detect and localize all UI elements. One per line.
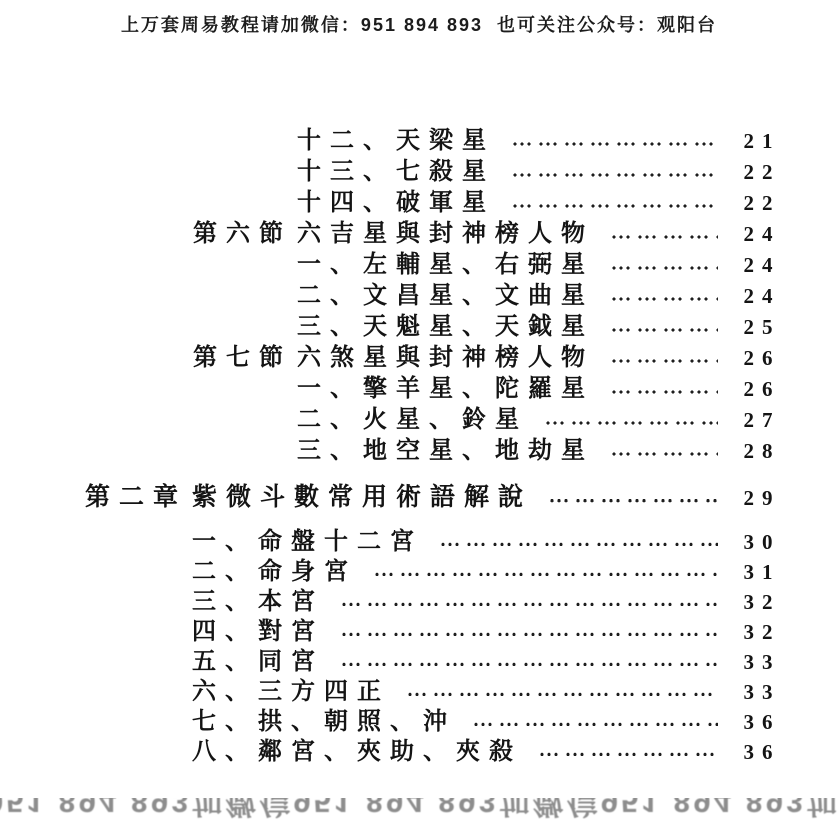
toc-row-label: 第二章 — [85, 481, 192, 515]
toc-page-number: 21 — [720, 126, 798, 157]
toc-row: 一、左輔星、右弼星 24 — [0, 250, 838, 281]
toc-row-title: 十四、破軍星 — [297, 188, 495, 219]
toc-row: 一、擎羊星、陀羅星 26 — [0, 374, 838, 405]
toc-row: 第七節 六煞星與封神榜人物 26 — [0, 343, 838, 374]
footer-watermark-band: 951 894 893加微信951 894 893加微信951 894 893加… — [0, 798, 838, 824]
toc-page-number: 24 — [720, 250, 798, 281]
toc-dot-leader — [439, 527, 718, 557]
toc-row-title: 六、三方四正 — [192, 677, 390, 707]
toc-dot-leader — [610, 219, 718, 250]
toc-row-label: 第六節 — [193, 219, 297, 250]
toc-row-title: 二、火星、鈴星 — [297, 405, 528, 436]
toc-dot-leader — [472, 707, 718, 737]
toc-dot-leader — [544, 405, 718, 436]
toc-page-number: 25 — [720, 312, 798, 343]
toc-page-number: 22 — [720, 188, 798, 219]
toc-dot-leader — [610, 250, 718, 281]
toc-dot-leader — [511, 157, 718, 188]
toc-page-number: 33 — [720, 647, 798, 677]
toc-row: 五、同宮 33 — [0, 647, 838, 677]
toc-dot-leader — [406, 677, 718, 707]
toc-row: 十三、七殺星 22 — [0, 157, 838, 188]
toc-page-number: 29 — [720, 481, 798, 515]
toc-dot-leader — [538, 737, 718, 767]
toc-page-number: 36 — [720, 707, 798, 737]
toc-row-title: 十二、天梁星 — [297, 126, 495, 157]
table-of-contents: 十二、天梁星 21 十三、七殺星 22 十四、破軍星 22 第六節 六吉星與封神… — [0, 126, 838, 767]
toc-row-title: 一、擎羊星、陀羅星 — [297, 374, 594, 405]
toc-row-title: 八、鄰宮、夾助、夾殺 — [192, 737, 522, 767]
toc-dot-leader — [373, 557, 718, 587]
toc-row: 二、文昌星、文曲星 24 — [0, 281, 838, 312]
toc-row-title: 一、左輔星、右弼星 — [297, 250, 594, 281]
toc-dot-leader — [340, 617, 718, 647]
toc-row: 二、命身宮 31 — [0, 557, 838, 587]
toc-row-title: 二、文昌星、文曲星 — [297, 281, 594, 312]
page-header-promo-text: 上万套周易教程请加微信：951 894 893 也可关注公众号：观阳台 — [0, 11, 838, 37]
toc-row-title: 六吉星與封神榜人物 — [297, 219, 594, 250]
toc-row-title: 三、地空星、地劫星 — [297, 436, 594, 467]
toc-page-number: 32 — [720, 617, 798, 647]
toc-dot-leader — [511, 126, 718, 157]
toc-row: 六、三方四正 33 — [0, 677, 838, 707]
toc-dot-leader — [340, 587, 718, 617]
toc-page-number: 30 — [720, 527, 798, 557]
toc-page-number: 33 — [720, 677, 798, 707]
toc-dot-leader — [548, 481, 718, 515]
toc-dot-leader — [610, 312, 718, 343]
toc-row: 十二、天梁星 21 — [0, 126, 838, 157]
toc-page-number: 28 — [720, 436, 798, 467]
toc-row: 三、地空星、地劫星 28 — [0, 436, 838, 467]
toc-row-title: 紫微斗數常用術語解說 — [192, 481, 532, 515]
toc-row-title: 三、本宮 — [192, 587, 324, 617]
toc-dot-leader — [610, 436, 718, 467]
toc-page-number: 27 — [720, 405, 798, 436]
toc-row-title: 四、對宮 — [192, 617, 324, 647]
toc-page-number: 24 — [720, 219, 798, 250]
toc-row-title: 三、天魁星、天鉞星 — [297, 312, 594, 343]
toc-dot-leader — [340, 647, 718, 677]
toc-row: 八、鄰宮、夾助、夾殺 36 — [0, 737, 838, 767]
toc-row-title: 二、命身宮 — [192, 557, 357, 587]
toc-row: 第二章 紫微斗數常用術語解說 29 — [0, 481, 838, 515]
toc-row-title: 十三、七殺星 — [297, 157, 495, 188]
toc-row-title: 一、命盤十二宮 — [192, 527, 423, 557]
toc-page-number: 24 — [720, 281, 798, 312]
toc-row-title: 六煞星與封神榜人物 — [297, 343, 594, 374]
toc-page-number: 26 — [720, 343, 798, 374]
toc-page-number: 26 — [720, 374, 798, 405]
toc-page-number: 22 — [720, 157, 798, 188]
toc-row: 七、拱、朝照、沖 36 — [0, 707, 838, 737]
toc-row: 三、本宮 32 — [0, 587, 838, 617]
toc-row: 十四、破軍星 22 — [0, 188, 838, 219]
footer-watermark-text: 951 894 893加微信951 894 893加微信951 894 893加… — [0, 798, 838, 824]
toc-dot-leader — [610, 374, 718, 405]
toc-row: 一、命盤十二宮 30 — [0, 527, 838, 557]
toc-dot-leader — [610, 343, 718, 374]
toc-row: 三、天魁星、天鉞星 25 — [0, 312, 838, 343]
toc-dot-leader — [610, 281, 718, 312]
toc-row-title: 七、拱、朝照、沖 — [192, 707, 456, 737]
toc-page-number: 32 — [720, 587, 798, 617]
toc-row: 四、對宮 32 — [0, 617, 838, 647]
toc-row-title: 五、同宮 — [192, 647, 324, 677]
toc-row: 二、火星、鈴星 27 — [0, 405, 838, 436]
toc-row-label: 第七節 — [193, 343, 297, 374]
toc-dot-leader — [511, 188, 718, 219]
toc-row: 第六節 六吉星與封神榜人物 24 — [0, 219, 838, 250]
toc-page-number: 36 — [720, 737, 798, 767]
toc-page-number: 31 — [720, 557, 798, 587]
